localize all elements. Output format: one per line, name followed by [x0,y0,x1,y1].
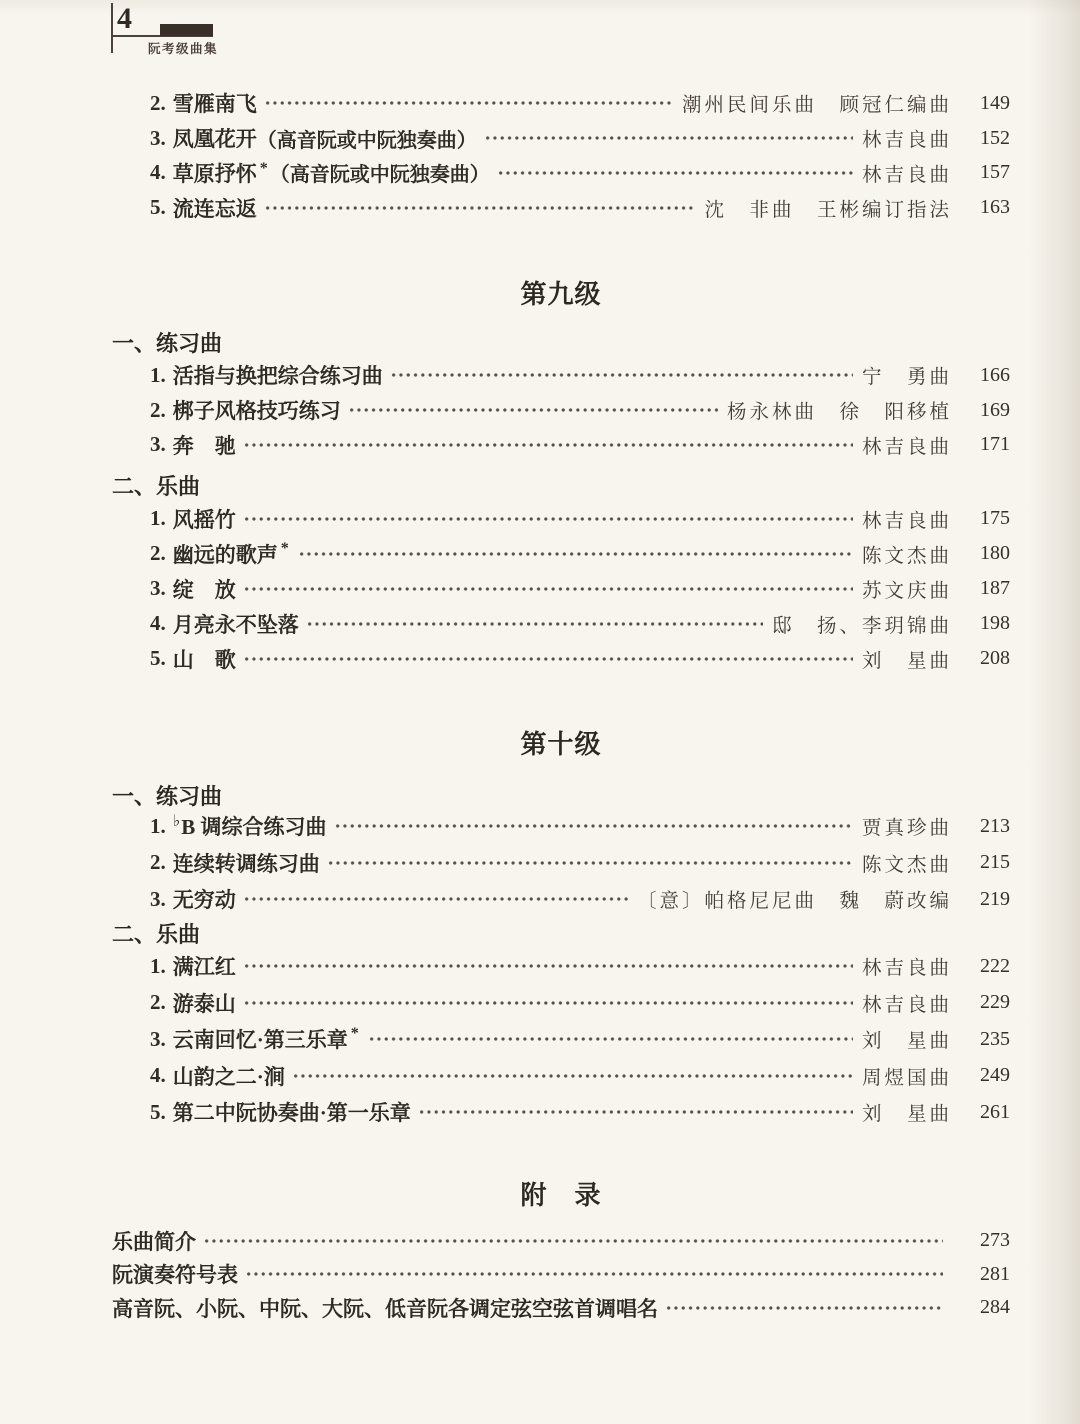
toc-entry-row: 2. 游泰山 林吉良曲 229 [112,985,1010,1022]
level-heading: 第九级 [112,278,1010,312]
dot-leader [368,1035,853,1043]
entry-composer: 林吉良曲 [862,431,952,459]
entry-number: 1. [150,363,166,388]
appendix-item-title: 阮演奏符号表 [112,1259,238,1289]
entry-subtitle: （高音阮或中阮独奏曲） [257,124,477,153]
entry-number: 3. [150,432,166,457]
toc-entry-row: 1. 活指与换把综合练习曲 宁 勇曲 166 [112,358,1010,393]
entry-composer: 林吉良曲 [862,124,952,152]
toc-entry-row: 4. 月亮永不坠落 邸 扬、李玥锦曲 198 [112,606,1010,641]
toc-entry-row: 3. 绽 放 苏文庆曲 187 [112,571,1010,606]
entry-composer: 周煜国曲 [862,1062,952,1090]
dot-leader [264,204,696,212]
entry-title: 游泰山 [173,988,236,1018]
entry-number: 4. [150,160,166,185]
entry-title: 无穷动 [173,884,236,914]
dot-leader [348,406,718,414]
entry-number: 4. [150,611,166,636]
toc-entry-row: 1. ♭ B 调综合练习曲 贾真珍曲 213 [112,808,1010,845]
entry-composer: 苏文庆曲 [862,575,952,603]
entry-title: 幽远的歌声 [173,539,278,569]
dot-leader [390,371,853,379]
entry-title: 活指与换把综合练习曲 [173,360,383,390]
entry-number: 1. [150,506,166,531]
appendix-page-number: 281 [964,1263,1010,1286]
toc-entry-row: 2. 幽远的歌声 * 陈文杰曲 180 [112,536,1010,571]
entry-title: 雪雁南飞 [173,88,257,118]
entry-page-number: 180 [964,542,1010,565]
entry-page-number: 175 [964,507,1010,530]
entry-title: 第二中阮协奏曲·第一乐章 [173,1097,411,1127]
entry-page-number: 261 [964,1101,1010,1124]
toc-entry-row: 2. 雪雁南飞 潮州民间乐曲 顾冠仁编曲 149 [112,86,1010,121]
entry-page-number: 208 [964,647,1010,670]
appendix-item-title: 乐曲简介 [112,1226,196,1256]
level9-pieces-list: 1. 风摇竹 林吉良曲 175 2. 幽远的歌声 * 陈文杰曲 180 3. 绽… [112,501,1010,676]
entry-title: 奔 驰 [173,430,236,460]
entry-title: 月亮永不坠落 [173,609,299,639]
book-title: 阮考级曲集 [148,39,218,57]
asterisk-mark: * [281,540,289,558]
level-heading: 第十级 [112,728,1010,762]
dot-leader [484,134,853,142]
appendix-heading: 附 录 [112,1179,1010,1213]
entry-title: 梆子风格技巧练习 [173,395,341,425]
entry-title: 山韵之二·涧 [173,1061,285,1091]
entry-number: 3. [150,126,166,151]
entry-number: 5. [150,1100,166,1125]
entry-title: 绽 放 [173,574,236,604]
entry-number: 2. [150,91,166,116]
entry-title: 连续转调练习曲 [173,848,320,878]
category-label-pieces: 二、乐曲 [112,472,1010,502]
entry-page-number: 187 [964,577,1010,600]
entry-composer: 宁 勇曲 [862,361,952,389]
entry-number: 4. [150,1063,166,1088]
flat-sign: ♭ [173,811,181,831]
appendix-page-number: 284 [964,1296,1010,1319]
asterisk-mark: * [260,160,268,178]
dot-leader [243,895,628,903]
entry-title: 山 歌 [173,644,236,674]
appendix-row: 高音阮、小阮、中阮、大阮、低音阮各调定弦空弦首调唱名 284 [112,1291,1010,1325]
appendix-row: 阮演奏符号表 281 [112,1258,1010,1292]
toc-entry-row: 3. 无穷动 〔意〕帕格尼尼曲 魏 蔚改编 219 [112,881,1010,918]
entry-composer: 刘 星曲 [862,645,952,673]
entry-page-number: 229 [964,991,1010,1014]
category-label-pieces: 二、乐曲 [112,920,1010,950]
entry-title: 草原抒怀 [173,158,257,188]
level10-etudes-list: 1. ♭ B 调综合练习曲 贾真珍曲 213 2. 连续转调练习曲 陈文杰曲 2… [112,808,1010,918]
level9-etudes-list: 1. 活指与换把综合练习曲 宁 勇曲 166 2. 梆子风格技巧练习 杨永林曲 … [112,358,1010,462]
toc-entry-row: 5. 流连忘返 沈 非曲 王彬编订指法 163 [112,190,1010,225]
dot-leader [298,550,853,558]
entry-number: 1. [150,814,166,839]
entry-page-number: 219 [964,888,1010,911]
dot-leader [292,1072,853,1080]
toc-entry-row: 3. 凤凰花开 （高音阮或中阮独奏曲） 林吉良曲 152 [112,121,1010,156]
entry-title: 凤凰花开 [173,123,257,153]
page-number: 4 [117,2,132,36]
entry-composer: 林吉良曲 [862,952,952,980]
entry-subtitle: （高音阮或中阮独奏曲） [270,158,490,187]
dot-leader [497,169,853,177]
entry-number: 3. [150,887,166,912]
entry-composer: 杨永林曲 徐 阳移植 [727,396,952,424]
entry-page-number: 198 [964,612,1010,635]
entry-page-number: 171 [964,433,1010,456]
entry-page-number: 149 [964,92,1010,115]
dot-leader [243,515,853,523]
level10-pieces-list: 1. 满江红 林吉良曲 222 2. 游泰山 林吉良曲 229 3. 云南回忆·… [112,948,1010,1131]
category-label-etudes: 一、练习曲 [112,329,1010,359]
asterisk-mark: * [351,1025,359,1043]
entry-page-number: 215 [964,851,1010,874]
dot-leader [327,859,853,867]
entry-title: B 调综合练习曲 [181,811,326,841]
dot-leader [665,1304,943,1312]
entry-composer: 沈 非曲 王彬编订指法 [704,194,952,222]
entry-title: 满江红 [173,951,236,981]
entry-page-number: 152 [964,127,1010,150]
dot-leader [243,441,853,449]
toc-entry-row: 2. 连续转调练习曲 陈文杰曲 215 [112,845,1010,882]
toc-entry-row: 5. 山 歌 刘 星曲 208 [112,641,1010,676]
dot-leader [418,1108,853,1116]
entry-number: 3. [150,1027,166,1052]
entry-composer: 邸 扬、李玥锦曲 [772,610,952,638]
appendix-page-number: 273 [964,1229,1010,1252]
dot-leader [334,822,853,830]
entry-number: 5. [150,195,166,220]
toc-entry-row: 3. 云南回忆·第三乐章 * 刘 星曲 235 [112,1021,1010,1058]
entry-number: 5. [150,646,166,671]
entry-composer: 陈文杰曲 [862,849,952,877]
entry-number: 2. [150,541,166,566]
dot-leader [243,655,853,663]
entry-page-number: 213 [964,815,1010,838]
entry-number: 2. [150,990,166,1015]
entry-page-number: 157 [964,161,1010,184]
dot-leader [243,962,853,970]
toc-entry-row: 1. 满江红 林吉良曲 222 [112,948,1010,985]
continued-entries: 2. 雪雁南飞 潮州民间乐曲 顾冠仁编曲 149 3. 凤凰花开 （高音阮或中阮… [112,86,1010,225]
toc-entry-row: 5. 第二中阮协奏曲·第一乐章 刘 星曲 261 [112,1094,1010,1131]
entry-composer: 潮州民间乐曲 顾冠仁编曲 [682,89,952,117]
entry-composer: 陈文杰曲 [862,540,952,568]
toc-entry-row: 4. 草原抒怀 * （高音阮或中阮独奏曲） 林吉良曲 157 [112,156,1010,191]
toc-entry-row: 1. 风摇竹 林吉良曲 175 [112,501,1010,536]
dot-leader [243,999,853,1007]
entry-number: 1. [150,954,166,979]
appendix-item-title: 高音阮、小阮、中阮、大阮、低音阮各调定弦空弦首调唱名 [112,1293,658,1323]
dot-leader [203,1237,943,1245]
entry-composer: 林吉良曲 [862,989,952,1017]
entry-composer: 〔意〕帕格尼尼曲 魏 蔚改编 [637,885,952,913]
dot-leader [243,585,853,593]
entry-page-number: 169 [964,399,1010,422]
entry-page-number: 249 [964,1064,1010,1087]
entry-page-number: 222 [964,955,1010,978]
entry-title: 风摇竹 [173,504,236,534]
entry-number: 3. [150,576,166,601]
entry-composer: 贾真珍曲 [862,812,952,840]
appendix-row: 乐曲简介 273 [112,1224,1010,1258]
scanned-toc-page: 4 阮考级曲集 2. 雪雁南飞 潮州民间乐曲 顾冠仁编曲 149 3. 凤凰花开… [0,0,1080,1424]
entry-title: 云南回忆·第三乐章 [173,1024,348,1054]
entry-composer: 刘 星曲 [862,1098,952,1126]
entry-page-number: 235 [964,1028,1010,1051]
entry-composer: 林吉良曲 [862,505,952,533]
entry-number: 2. [150,398,166,423]
entry-composer: 刘 星曲 [862,1025,952,1053]
toc-entry-row: 4. 山韵之二·涧 周煜国曲 249 [112,1058,1010,1095]
appendix-list: 乐曲简介 273 阮演奏符号表 281 高音阮、小阮、中阮、大阮、低音阮各调定弦… [112,1224,1010,1325]
entry-title: 流连忘返 [173,193,257,223]
entry-page-number: 166 [964,364,1010,387]
dot-leader [245,1270,943,1278]
toc-entry-row: 3. 奔 驰 林吉良曲 171 [112,428,1010,463]
toc-entry-row: 2. 梆子风格技巧练习 杨永林曲 徐 阳移植 169 [112,393,1010,428]
header-vertical-rule [111,3,113,53]
header-accent-bar [160,24,213,36]
dot-leader [264,99,673,107]
entry-number: 2. [150,850,166,875]
dot-leader [306,620,763,628]
entry-composer: 林吉良曲 [862,159,952,187]
entry-page-number: 163 [964,196,1010,219]
